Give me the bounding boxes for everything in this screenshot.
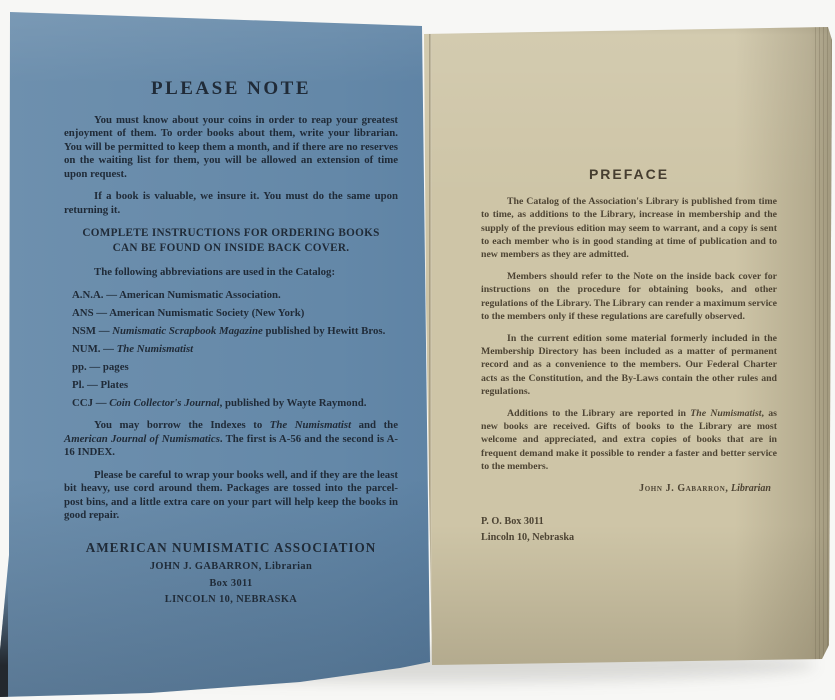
abbreviation-item-ans: ANS — American Numismatic Society (New Y… [72, 307, 398, 321]
left-paragraph-indexes: You may borrow the Indexes to The Numism… [64, 419, 398, 460]
page-stack-edges [812, 27, 832, 660]
ordering-notice-line-2: CAN BE FOUND ON INSIDE BACK COVER. [64, 241, 398, 256]
ordering-notice-line-1: COMPLETE INSTRUCTIONS FOR ORDERING BOOKS [64, 226, 398, 241]
preface-paragraph-1: The Catalog of the Association's Library… [481, 195, 777, 261]
page-crease [429, 34, 432, 664]
abbreviation-item-num: NUM. — The Numismatist [72, 343, 398, 357]
preface-paragraph-3: In the current edition some material for… [481, 332, 777, 398]
preface-paragraph-2: Members should refer to the Note on the … [481, 270, 777, 323]
abbreviations-list: A.N.A. — American Numismatic Association… [72, 289, 398, 411]
left-paragraph-borrowing-terms: You must know about your coins in order … [64, 114, 398, 182]
left-page-dark-edge [0, 585, 8, 700]
abbreviations-intro: The following abbreviations are used in … [64, 266, 398, 280]
signature-name: John J. Gabarron, [639, 483, 728, 494]
abbreviation-item-ccj: CCJ — Coin Collector's Journal, publishe… [72, 397, 398, 411]
abbreviation-item-ana: A.N.A. — American Numismatic Association… [72, 289, 398, 303]
abbreviation-item-pl: Pl. — Plates [72, 379, 398, 393]
address-line-2: Lincoln 10, Nebraska [481, 531, 777, 544]
box-number-line: Box 3011 [64, 577, 398, 591]
signature-line: John J. Gabarron, Librarian [481, 482, 771, 495]
left-page-content: PLEASE NOTE You must know about your coi… [64, 82, 398, 610]
left-page-title: PLEASE NOTE [64, 82, 398, 96]
librarian-name-line: JOHN J. GABARRON, Librarian [64, 560, 398, 574]
preface-title: PREFACE [481, 168, 777, 181]
abbreviation-item-pp: pp. — pages [72, 361, 398, 375]
address-line-1: P. O. Box 3011 [481, 515, 777, 528]
left-paragraph-insurance: If a book is valuable, we insure it. You… [64, 190, 398, 217]
preface-paragraph-4: Additions to the Library are reported in… [481, 407, 777, 473]
left-paragraph-wrapping: Please be careful to wrap your books wel… [64, 469, 398, 523]
abbreviation-item-nsm: NSM — Numismatic Scrapbook Magazine publ… [72, 325, 398, 339]
association-address-block: AMERICAN NUMISMATIC ASSOCIATION JOHN J. … [64, 541, 398, 607]
ordering-notice: COMPLETE INSTRUCTIONS FOR ORDERING BOOKS… [64, 226, 398, 256]
association-name: AMERICAN NUMISMATIC ASSOCIATION [64, 541, 398, 555]
signature-role: Librarian [731, 483, 771, 494]
book-photo: PLEASE NOTE You must know about your coi… [0, 0, 835, 700]
right-page-content: PREFACE The Catalog of the Association's… [481, 168, 777, 548]
city-state-line: LINCOLN 10, NEBRASKA [64, 593, 398, 607]
